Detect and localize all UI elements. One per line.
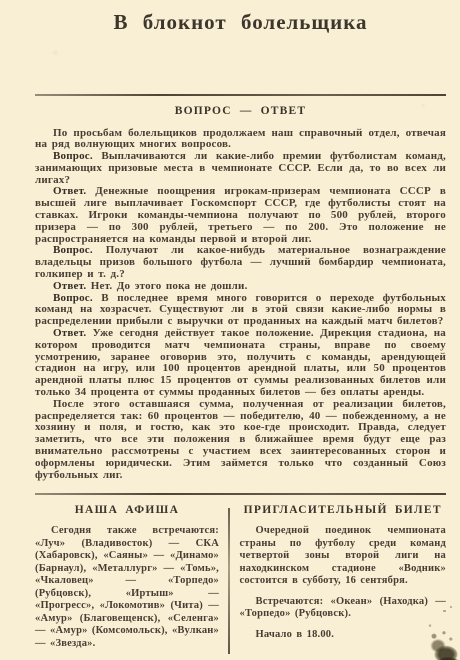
invitation-paragraph: Встречаются: «Океан» (Находка) — «Торпед… (240, 596, 447, 621)
qa-lead: Вопрос. (53, 244, 93, 256)
qa-text: После этого оставшаяся сумма, полученная… (35, 398, 446, 481)
paper-speck (443, 610, 446, 612)
afisha-heading: НАША АФИША (35, 504, 219, 516)
invitation-text-block: Очередной поединок чемпионата страны по … (240, 525, 447, 641)
qa-paragraph: Вопрос. Выплачиваются ли какие-либо прем… (35, 151, 446, 186)
qa-lead: Ответ. (53, 327, 86, 339)
afisha-column: НАША АФИША Сегодня также встречаются: «Л… (35, 502, 219, 654)
page-title: В блокнот болельщика (35, 10, 446, 35)
qa-lead: Ответ. (53, 185, 86, 197)
qa-section-body: По просьбам болельщиков продолжаем наш с… (35, 128, 446, 482)
qa-paragraph: Вопрос. В последнее время много говоритс… (35, 293, 446, 328)
qa-text: В последнее время много говорится о пере… (35, 292, 446, 328)
qa-lead: Ответ. (53, 280, 86, 292)
qa-lead: Вопрос. (53, 150, 93, 162)
qa-lead: Вопрос. (53, 292, 93, 304)
scanned-newspaper-page: { "page_title": "В блокнот болельщика", … (0, 0, 460, 660)
bottom-columns: НАША АФИША Сегодня также встречаются: «Л… (35, 502, 446, 654)
invitation-heading: ПРИГЛАСИТЕЛЬНЫЙ БИЛЕТ (240, 504, 447, 516)
qa-text: Выплачиваются ли какие-либо премии футбо… (35, 150, 446, 186)
qa-text: По просьбам болельщиков продолжаем наш с… (35, 127, 446, 151)
qa-section-heading: ВОПРОС — ОТВЕТ (35, 105, 446, 117)
ink-stain (422, 616, 460, 660)
qa-paragraph: Ответ. Уже сегодня действует такое полож… (35, 328, 446, 399)
horizontal-rule-top (35, 94, 446, 96)
invitation-paragraph: Начало в 18.00. (240, 629, 447, 642)
qa-text: Уже сегодня действует такое положение. Д… (35, 327, 446, 398)
qa-paragraph: Вопрос. Получают ли какое-нибудь материа… (35, 245, 446, 280)
invitation-column: ПРИГЛАСИТЕЛЬНЫЙ БИЛЕТ Очередной поединок… (230, 502, 447, 654)
qa-paragraph: Ответ. Денежные поощрения игрокам-призер… (35, 186, 446, 245)
qa-text: Получают ли какое-нибудь материальное во… (35, 244, 446, 280)
horizontal-rule-middle (35, 493, 446, 495)
qa-text: Денежные поощрения игрокам-призерам чемп… (35, 185, 446, 244)
page: В блокнот болельщика ВОПРОС — ОТВЕТ По п… (0, 10, 460, 654)
paper-speck (450, 606, 452, 608)
qa-paragraph: После этого оставшаяся сумма, полученная… (35, 399, 446, 482)
afisha-paragraph: Сегодня также встречаются: «Луч» (Владив… (35, 525, 219, 650)
afisha-text-block: Сегодня также встречаются: «Луч» (Владив… (35, 525, 219, 650)
invitation-paragraph: Очередной поединок чемпионата страны по … (240, 525, 447, 588)
qa-paragraph: По просьбам болельщиков продолжаем наш с… (35, 128, 446, 152)
qa-text: Нет. До этого пока не дошли. (91, 280, 248, 292)
